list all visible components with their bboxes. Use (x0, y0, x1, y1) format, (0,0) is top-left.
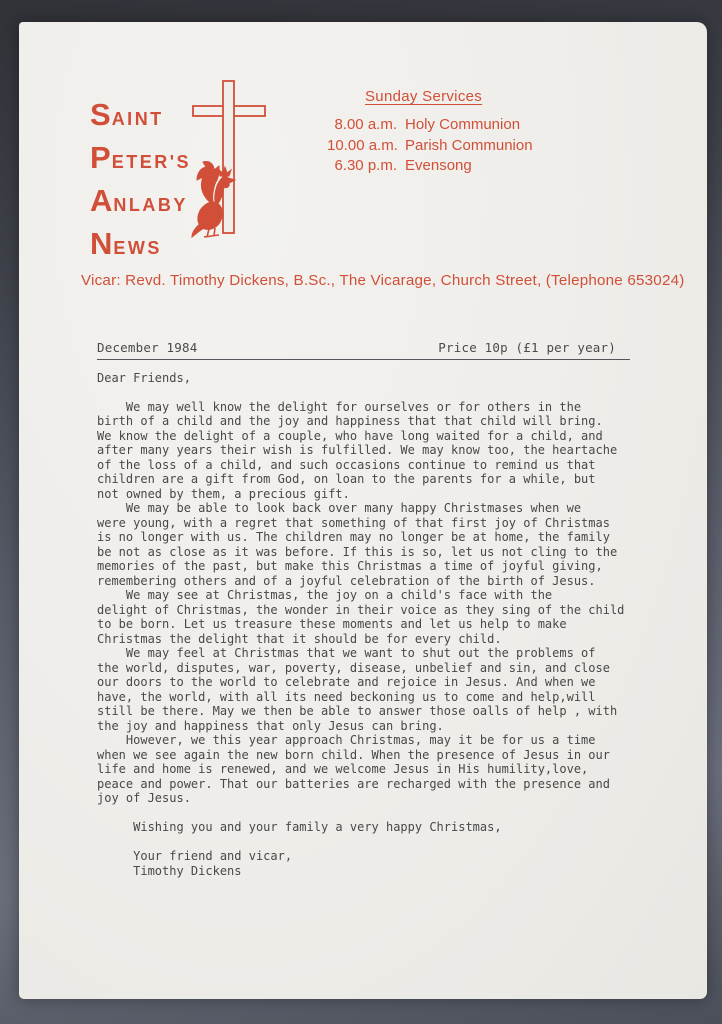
issue-info-row: December 1984 Price 10p (£1 per year) (97, 340, 630, 360)
service-time: 10.00 a.m. (327, 136, 397, 157)
letter-closing: Wishing you and your family a very happy… (97, 820, 639, 835)
issue-date: December 1984 (97, 340, 197, 355)
letter-paragraph: However, we this year approach Christmas… (97, 733, 639, 806)
masthead-initial: A (90, 184, 113, 218)
service-item: 8.00 a.m.Holy Communion (327, 115, 533, 136)
letter-signature: Timothy Dickens (97, 864, 639, 879)
masthead-word-rest: NLABY (113, 195, 188, 216)
masthead-word-rest: EWS (113, 238, 162, 259)
letter-salutation: Dear Friends, (97, 371, 639, 386)
masthead-word-news: NEWS (90, 227, 191, 261)
masthead-initial: S (90, 98, 112, 132)
issue-price: Price 10p (£1 per year) (438, 340, 616, 355)
letter-paragraph: We may be able to look back over many ha… (97, 501, 639, 588)
service-item: 10.00 a.m.Parish Communion (327, 136, 533, 157)
masthead-word-peters: PETER'S (90, 141, 191, 175)
sunday-services-title: Sunday Services (365, 88, 533, 105)
letter-paragraph: We may feel at Christmas that we want to… (97, 646, 639, 733)
service-name: Holy Communion (405, 116, 520, 133)
letter-signoff: Your friend and vicar, (97, 849, 639, 864)
masthead-word-anlaby: ANLABY (90, 184, 191, 218)
letter-body: Dear Friends, We may well know the delig… (97, 371, 639, 878)
service-item: 6.30 p.m.Evensong (327, 156, 533, 177)
letter-paragraph: We may see at Christmas, the joy on a ch… (97, 588, 639, 646)
sunday-services-block: Sunday Services 8.00 a.m.Holy Communion … (327, 88, 533, 177)
service-name: Parish Communion (405, 137, 533, 154)
service-name: Evensong (405, 157, 472, 174)
masthead-initial: P (90, 141, 112, 175)
masthead-word-rest: AINT (112, 109, 164, 130)
letter-paragraph: We may well know the delight for ourselv… (97, 400, 639, 502)
masthead-word-saint: SAINT (90, 98, 191, 132)
cross-and-cockerel-icon (179, 79, 279, 239)
vicar-contact-line: Vicar: Revd. Timothy Dickens, B.Sc., The… (81, 272, 711, 289)
service-time: 6.30 p.m. (327, 156, 397, 177)
newsletter-page: SAINT PETER'S ANLABY NEWS Sunday Service… (19, 22, 707, 999)
masthead: SAINT PETER'S ANLABY NEWS (90, 98, 191, 270)
masthead-initial: N (90, 227, 113, 261)
service-time: 8.00 a.m. (327, 115, 397, 136)
